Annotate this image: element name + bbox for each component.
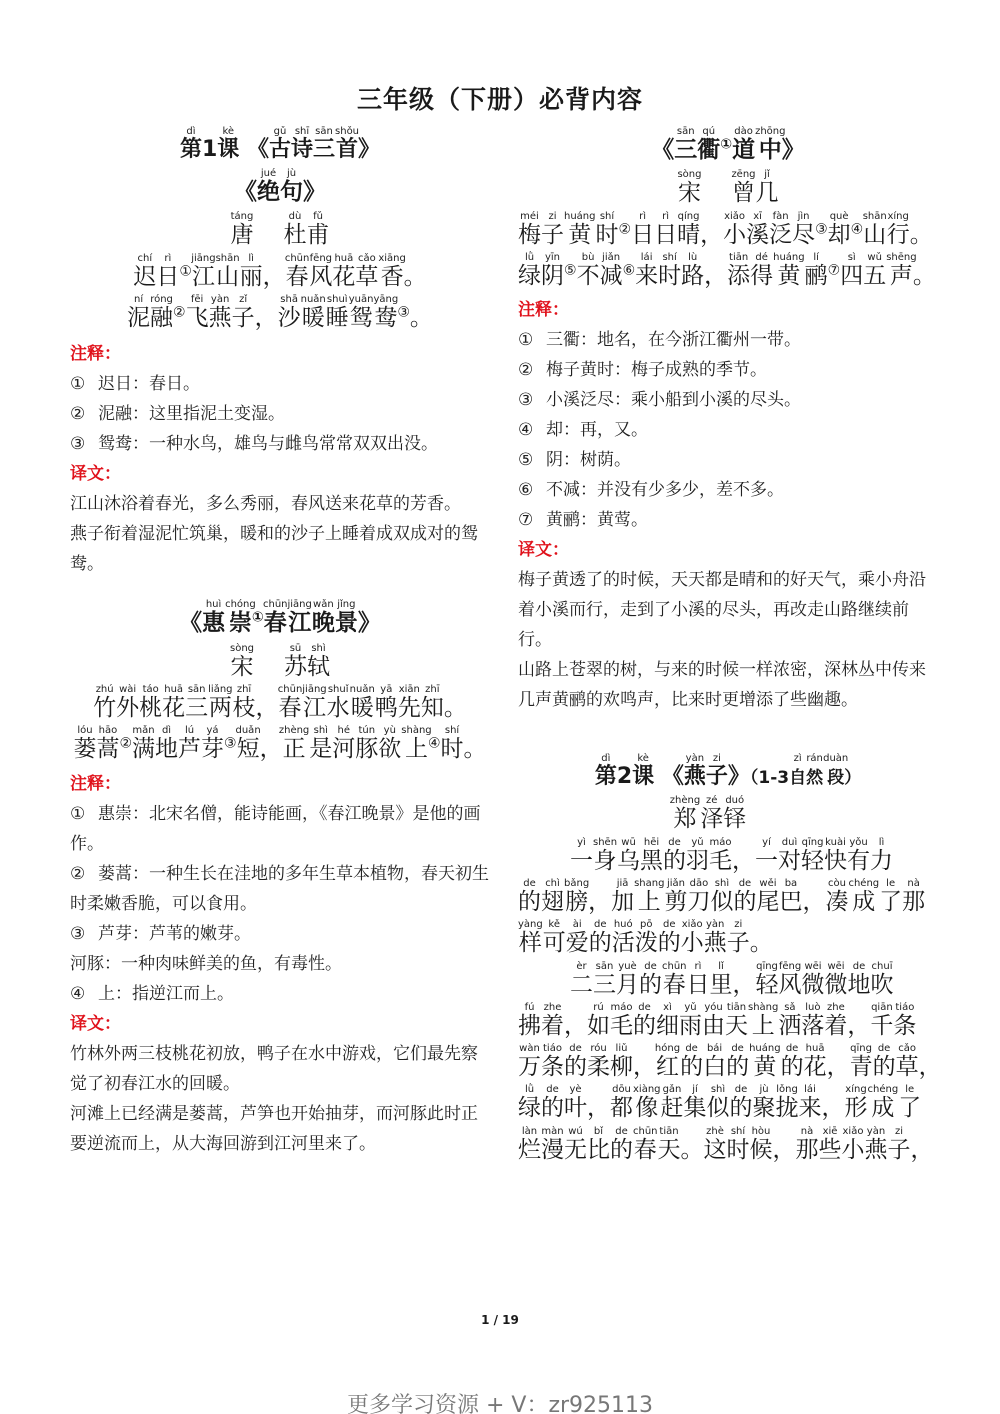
poem3-dynasty: 宋sòng bbox=[677, 180, 701, 206]
poem2-line-2: 蒌lóu蒿hāo②满mǎn地dì芦lú芽yá③短duǎn，正zhèng是shì河… bbox=[70, 725, 490, 762]
poem1-line-2: 泥ní融róng②飞fēi燕yàn子zǐ，沙shā暖nuǎn睡shuì鸳yuān… bbox=[70, 294, 490, 331]
footnote-marker: ③ bbox=[815, 221, 828, 237]
lesson1-heading: 第dì1课kè 《古gǔ诗shī三sān首shǒu》 bbox=[70, 126, 490, 162]
poem1-title: 《绝jué句jù》 bbox=[70, 168, 490, 205]
lesson2-heading: 第dì2课kè 《燕yàn子zi》（1-3自zì然rán段duàn） bbox=[518, 753, 938, 789]
poem3-translation: 梅子黄透了的时候，天天都是晴和的好天气，乘小舟沿着小溪而行，走到了小溪的尽头，再… bbox=[518, 565, 938, 715]
lesson1-title: 《古gǔ诗shī三sān首shǒu》 bbox=[247, 137, 380, 162]
prose-line: 一yì身shēn乌wū黑hēi的de羽yǔ毛máo，一yí对duì轻qīng快k… bbox=[518, 837, 938, 874]
translation-paragraph: 竹林外两三枝桃花初放，鸭子在水中游戏，它们最先察觉了初春江水的回暖。 bbox=[70, 1039, 490, 1099]
lesson2-number: 第dì2课kè bbox=[595, 764, 654, 789]
poem3-notes: ①三衢：地名，在今浙江衢州一带。②梅子黄时：梅子成熟的季节。③小溪泛尽：乘小船到… bbox=[518, 325, 938, 535]
poem1-author: 唐táng杜dù甫fǔ bbox=[70, 211, 490, 248]
note-item: ④却：再，又。 bbox=[518, 415, 938, 445]
translation-paragraph: 山路上苍翠的树，与来的时候一样浓密，深林丛中传来几声黄鹂的欢鸣声，比来时更增添了… bbox=[518, 655, 938, 715]
poem2-notes-label: 注释： bbox=[70, 769, 490, 799]
poem3-line-1: 梅méi子zi黄huáng时shí②日rì日rì晴qíng，小xiǎo溪xī泛f… bbox=[518, 211, 938, 248]
footnote-marker: ② bbox=[173, 304, 186, 320]
poem1-line-1: 迟chí日rì①江jiāng山shān丽lì，春chūn风fēng花huā草cǎ… bbox=[70, 253, 490, 290]
poem2-translation: 竹林外两三枝桃花初放，鸭子在水中游戏，它们最先察觉了初春江水的回暖。河滩上已经满… bbox=[70, 1039, 490, 1159]
note-item: ③芦芽：芦苇的嫩芽。 bbox=[70, 919, 490, 949]
prose-line: 二èr三sān月yuè的de春chūn日rì里lǐ，轻qīng风fēng微wēi… bbox=[518, 961, 938, 998]
lesson2-text: 一yì身shēn乌wū黑hēi的de羽yǔ毛máo，一yí对duì轻qīng快k… bbox=[518, 837, 938, 1163]
poem2-line-1: 竹zhú外wài桃táo花huā三sān两liǎng枝zhī，春chūn江jiā… bbox=[70, 684, 490, 721]
note-item: ①惠崇：北宋名僧，能诗能画，《春江晚景》是他的画作。 bbox=[70, 799, 490, 859]
note-item: ⑦黄鹂：黄莺。 bbox=[518, 505, 938, 535]
poem2-title: 《惠huì崇chóng①春chūn江jiāng晚wǎn景jǐng》 bbox=[70, 599, 490, 636]
footnote-marker: ⑦ bbox=[828, 262, 841, 278]
poem1-translation: 江山沐浴着春光，多么秀丽，春风送来花草的芳香。燕子衔着湿泥忙筑巢，暖和的沙子上睡… bbox=[70, 489, 490, 579]
note-item: ①三衢：地名，在今浙江衢州一带。 bbox=[518, 325, 938, 355]
poem3-translation-label: 译文： bbox=[518, 535, 938, 565]
poem1-author-name: 杜dù甫fǔ bbox=[284, 222, 330, 248]
poem1-dynasty: 唐táng bbox=[231, 222, 254, 248]
lesson1-number: 第dì1课kè bbox=[180, 137, 239, 162]
footnote-marker: ③ bbox=[224, 736, 237, 752]
poem2-notes: ①惠崇：北宋名僧，能诗能画，《春江晚景》是他的画作。②蒌蒿：一种生长在洼地的多年… bbox=[70, 799, 490, 1009]
note-item: ③鸳鸯：一种水鸟，雄鸟与雌鸟常常双双出没。 bbox=[70, 429, 490, 459]
prose-line: 万wàn条tiáo的de柔róu柳liǔ，红hóng的de白bái的de黄huá… bbox=[518, 1043, 938, 1080]
note-item: ②泥融：这里指泥土变湿。 bbox=[70, 399, 490, 429]
footnote-marker: ② bbox=[619, 221, 632, 237]
page-title: 三年级（下册）必背内容 bbox=[0, 80, 1000, 116]
note-item: ①迟日：春日。 bbox=[70, 369, 490, 399]
poem3-title: 《三sān衢qú①道dào中zhōng》 bbox=[518, 126, 938, 163]
note-item: 河豚：一种肉味鲜美的鱼，有毒性。 bbox=[70, 949, 490, 979]
page-indicator: 1 / 19 bbox=[0, 1313, 1000, 1327]
prose-line: 拂fú着zhe，如rú毛máo的de细xì雨yǔ由yóu天tiān上shàng洒… bbox=[518, 1002, 938, 1039]
watermark: 更多学习资源 + V：zr925113 bbox=[0, 1388, 1000, 1414]
poem2-author: 宋sòng苏sū轼shì bbox=[70, 643, 490, 680]
poem2-dynasty: 宋sòng bbox=[230, 654, 254, 680]
right-column: 《三sān衢qú①道dào中zhōng》 宋sòng曾zēng几jǐ 梅méi子… bbox=[518, 126, 938, 1163]
poem2-author-name: 苏sū轼shì bbox=[284, 654, 330, 680]
poem1-notes-label: 注释： bbox=[70, 339, 490, 369]
note-item: ②蒌蒿：一种生长在洼地的多年生草本植物，春天初生时柔嫩香脆，可以食用。 bbox=[70, 859, 490, 919]
translation-paragraph: 河滩上已经满是蒌蒿，芦笋也开始抽芽，而河豚此时正要逆流而上，从大海回游到江河里来… bbox=[70, 1099, 490, 1159]
footnote-marker: ⑤ bbox=[564, 262, 577, 278]
footnote-marker: ② bbox=[119, 736, 132, 752]
prose-line: 绿lǜ的de叶yè，都dōu像xiàng赶gǎn集jí似shì的de聚jù拢lǒ… bbox=[518, 1084, 938, 1121]
translation-paragraph: 江山沐浴着春光，多么秀丽，春风送来花草的芳香。 bbox=[70, 489, 490, 519]
poem3-notes-label: 注释： bbox=[518, 295, 938, 325]
footnote-marker: ① bbox=[720, 136, 732, 152]
lesson2-author: 郑zhèng泽zé铎duó bbox=[518, 795, 938, 832]
prose-line: 烂làn漫màn无wú比bǐ的de春chūn天tiān。这zhè时shí候hòu… bbox=[518, 1126, 938, 1163]
poem3-line-2: 绿lǜ阴yīn⑤不bù减jiǎn⑥来lái时shí路lù，添tiān得dé黄hu… bbox=[518, 252, 938, 289]
note-item: ⑤阴：树荫。 bbox=[518, 445, 938, 475]
footnote-marker: ③ bbox=[397, 304, 410, 320]
poem1-translation-label: 译文： bbox=[70, 459, 490, 489]
translation-paragraph: 燕子衔着湿泥忙筑巢，暖和的沙子上睡着成双成对的鸳鸯。 bbox=[70, 519, 490, 579]
poem2-translation-label: 译文： bbox=[70, 1009, 490, 1039]
poem3-author-name: 曾zēng几jǐ bbox=[731, 180, 778, 206]
lesson2-title: 《燕yàn子zi》 bbox=[662, 764, 750, 789]
note-item: ⑥不减：并没有少多少，差不多。 bbox=[518, 475, 938, 505]
footnote-marker: ④ bbox=[428, 736, 441, 752]
note-item: ③小溪泛尽：乘小船到小溪的尽头。 bbox=[518, 385, 938, 415]
footnote-marker: ⑥ bbox=[623, 262, 636, 278]
prose-line: 的de翅chì膀bǎng，加jiā上shang剪jiǎn刀dāo似shì的de尾… bbox=[518, 878, 938, 915]
footnote-marker: ④ bbox=[851, 221, 864, 237]
poem3-author: 宋sòng曾zēng几jǐ bbox=[518, 169, 938, 206]
prose-line: 样yàng可kě爱ài的de活huó泼pō的de小xiǎo燕yàn子zi。 bbox=[518, 919, 938, 956]
lesson2-scope: （1-3自zì然rán段duàn） bbox=[750, 768, 861, 788]
poem1-notes: ①迟日：春日。②泥融：这里指泥土变湿。③鸳鸯：一种水鸟，雄鸟与雌鸟常常双双出没。 bbox=[70, 369, 490, 459]
translation-paragraph: 梅子黄透了的时候，天天都是晴和的好天气，乘小舟沿着小溪而行，走到了小溪的尽头，再… bbox=[518, 565, 938, 655]
left-column: 第dì1课kè 《古gǔ诗shī三sān首shǒu》 《绝jué句jù》 唐tá… bbox=[70, 126, 490, 1159]
note-item: ④上：指逆江而上。 bbox=[70, 979, 490, 1009]
footnote-marker: ① bbox=[252, 610, 264, 626]
note-item: ②梅子黄时：梅子成熟的季节。 bbox=[518, 355, 938, 385]
